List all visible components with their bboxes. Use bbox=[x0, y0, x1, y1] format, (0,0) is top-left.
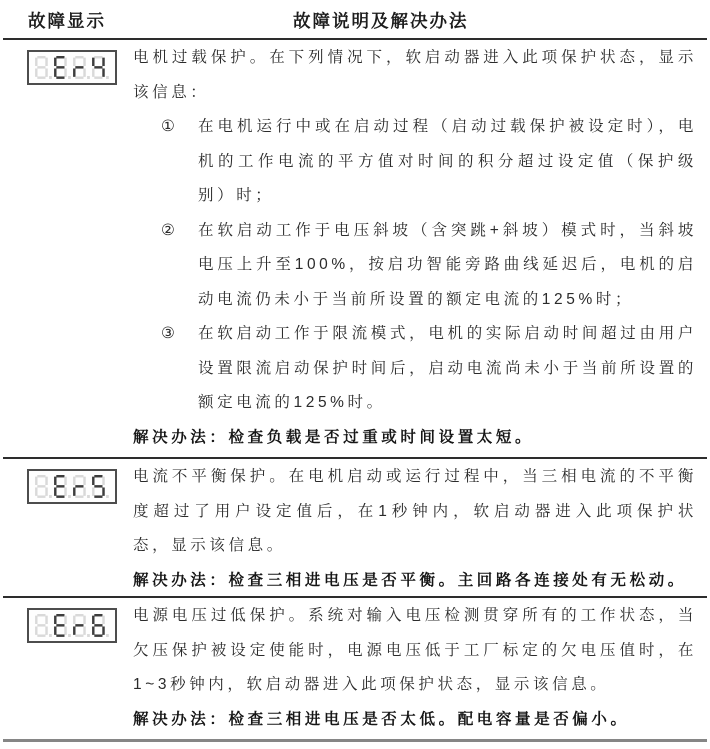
header-col-fault-description: 故障说明及解决办法 bbox=[293, 8, 469, 33]
fault-row-er4: 电机过载保护。在下列情况下，软启动器进入此项保护状态，显示该信息： ① 在电机运… bbox=[0, 40, 710, 457]
fault-intro-text: 电源电压过低保护。系统对输入电压检测贯穿所有的工作状态，当欠压保护被设定使能时，… bbox=[133, 599, 697, 703]
seven-segment-digit bbox=[35, 475, 52, 498]
fault-display-cell bbox=[0, 598, 133, 739]
fault-row-er6: 电源电压过低保护。系统对输入电压检测贯穿所有的工作状态，当欠压保护被设定使能时，… bbox=[0, 598, 710, 739]
fault-intro-text: 电流不平衡保护。在电机启动或运行过程中，当三相电流的不平衡度超过了用户设定值后，… bbox=[133, 460, 697, 564]
fault-description-cell: 电源电压过低保护。系统对输入电压检测贯穿所有的工作状态，当欠压保护被设定使能时，… bbox=[133, 598, 710, 739]
seven-segment-digit bbox=[35, 614, 52, 637]
solution-text: 解决办法：检查三相进电压是否太低。配电容量是否偏小。 bbox=[133, 703, 697, 738]
item-number: ① bbox=[161, 110, 198, 214]
seven-segment-digit bbox=[73, 56, 90, 79]
solution-text: 解决办法：检查三相进电压是否平衡。主回路各连接处有无松动。 bbox=[133, 564, 697, 597]
fault-intro-text: 电机过载保护。在下列情况下，软启动器进入此项保护状态，显示该信息： bbox=[133, 41, 697, 110]
fault-list-item: ② 在软启动工作于电压斜坡（含突跳+斜坡）模式时，当斜坡电压上升至100%，按启… bbox=[133, 214, 697, 318]
seven-segment-digit bbox=[54, 56, 71, 79]
seven-segment-display-er6 bbox=[27, 608, 117, 643]
seven-segment-digit bbox=[92, 614, 109, 637]
fault-list-item: ① 在电机运行中或在启动过程（启动过载保护被设定时），电机的工作电流的平方值对时… bbox=[133, 110, 697, 214]
item-number: ③ bbox=[161, 317, 198, 421]
seven-segment-digit bbox=[35, 56, 52, 79]
seven-segment-digit bbox=[73, 614, 90, 637]
seven-segment-digit bbox=[73, 475, 90, 498]
seven-segment-digit bbox=[92, 56, 109, 79]
seven-segment-digit bbox=[54, 475, 71, 498]
fault-display-cell bbox=[0, 459, 133, 596]
seven-segment-digit bbox=[92, 475, 109, 498]
table-header: 故障显示 故障说明及解决办法 bbox=[0, 0, 710, 38]
item-number: ② bbox=[161, 214, 198, 318]
item-text: 在软启动工作于限流模式，电机的实际启动时间超过由用户设置限流启动保护时间后，启动… bbox=[198, 317, 697, 421]
bottom-rule bbox=[3, 739, 707, 742]
fault-condition-list: ① 在电机运行中或在启动过程（启动过载保护被设定时），电机的工作电流的平方值对时… bbox=[133, 110, 697, 421]
header-col-fault-display: 故障显示 bbox=[28, 8, 106, 33]
fault-description-cell: 电机过载保护。在下列情况下，软启动器进入此项保护状态，显示该信息： ① 在电机运… bbox=[133, 40, 710, 457]
solution-text: 解决办法：检查负载是否过重或时间设置太短。 bbox=[133, 421, 697, 456]
item-text: 在电机运行中或在启动过程（启动过载保护被设定时），电机的工作电流的平方值对时间的… bbox=[198, 110, 697, 214]
seven-segment-display-er5 bbox=[27, 469, 117, 504]
fault-table-page: 故障显示 故障说明及解决办法 电机过载保护。在下列情况下，软启动器进入此项保护状… bbox=[0, 0, 710, 749]
item-text: 在软启动工作于电压斜坡（含突跳+斜坡）模式时，当斜坡电压上升至100%，按启功智… bbox=[198, 214, 697, 318]
fault-row-er5: 电流不平衡保护。在电机启动或运行过程中，当三相电流的不平衡度超过了用户设定值后，… bbox=[0, 459, 710, 596]
seven-segment-digit bbox=[54, 614, 71, 637]
seven-segment-display-er4 bbox=[27, 50, 117, 85]
fault-list-item: ③ 在软启动工作于限流模式，电机的实际启动时间超过由用户设置限流启动保护时间后，… bbox=[133, 317, 697, 421]
fault-display-cell bbox=[0, 40, 133, 457]
fault-description-cell: 电流不平衡保护。在电机启动或运行过程中，当三相电流的不平衡度超过了用户设定值后，… bbox=[133, 459, 710, 596]
